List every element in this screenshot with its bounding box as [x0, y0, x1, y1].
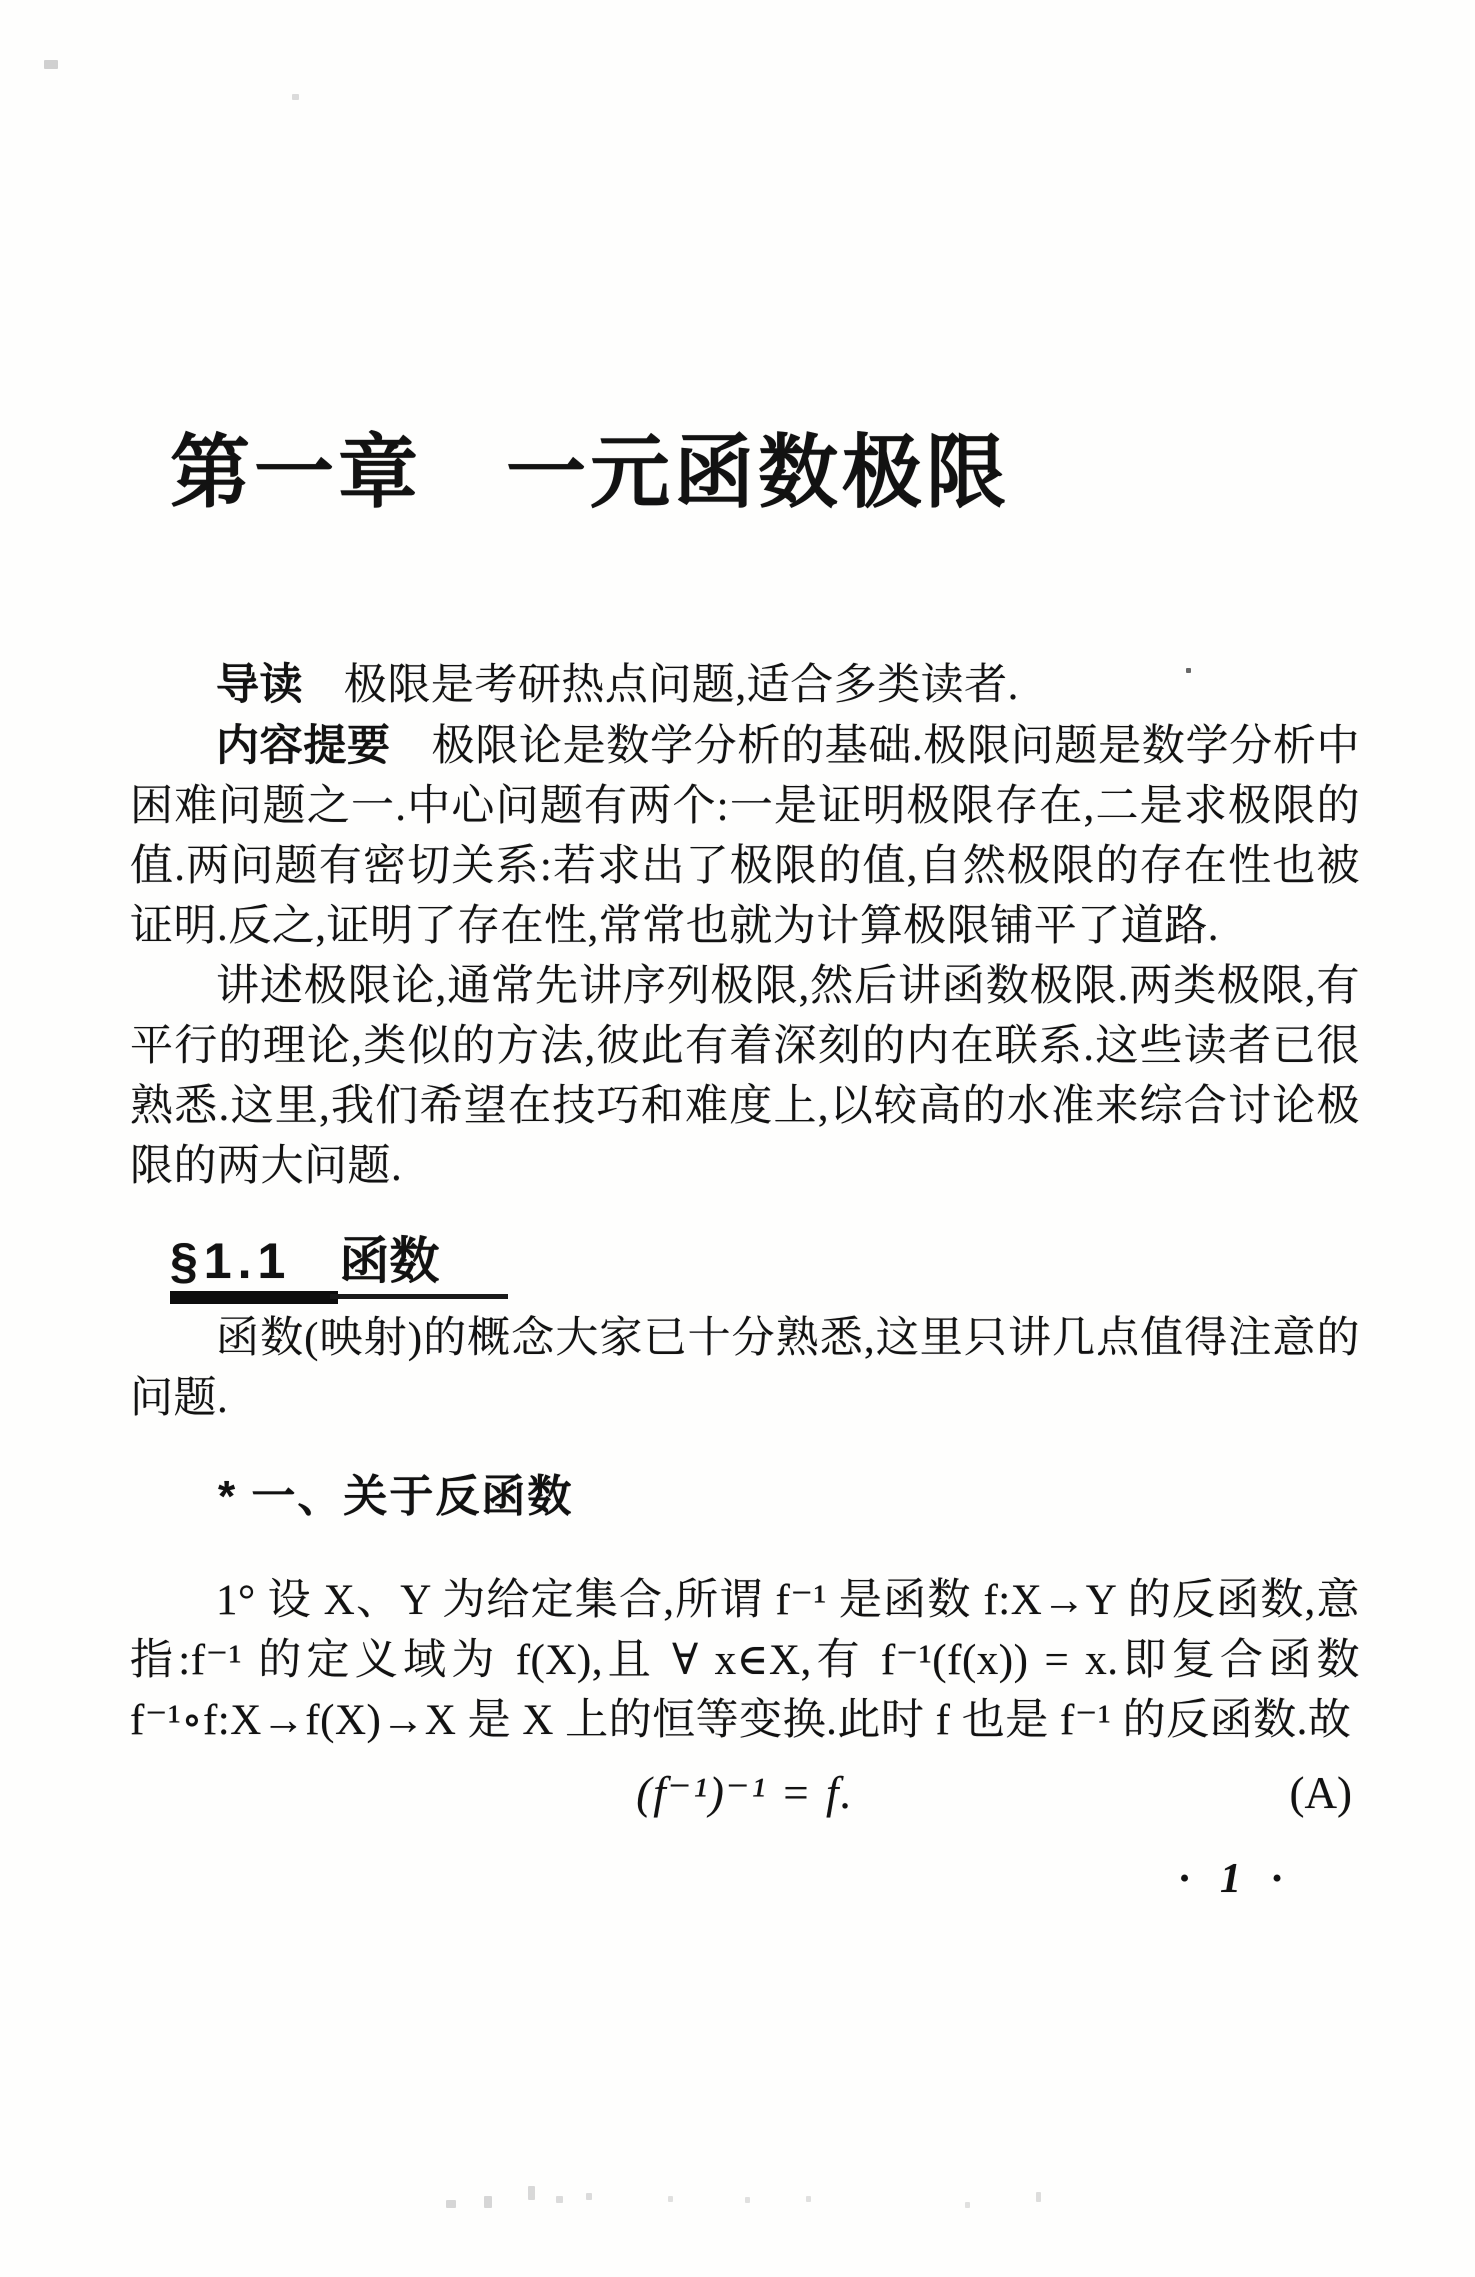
scan-artifact [745, 2197, 750, 2203]
section-heading: §1.1函数 [170, 1231, 1360, 1291]
scan-artifact [292, 94, 299, 100]
intro-section: 导读极限是考研热点问题,适合多类读者. 内容提要极限论是数学分析的基础.极限问题… [130, 655, 1360, 1197]
function-intro-paragraph: 函数(映射)的概念大家已十分熟悉,这里只讲几点值得注意的问题. [130, 1309, 1360, 1429]
summary-label: 内容提要 [216, 722, 391, 770]
underline-thick-bar [170, 1291, 338, 1304]
intro-summary-paragraph: 内容提要极限论是数学分析的基础.极限问题是数学分析中困难问题之一.中心问题有两个… [130, 716, 1360, 957]
scan-artifact [586, 2193, 592, 2200]
scan-artifact [44, 60, 58, 69]
scan-artifact [843, 918, 847, 923]
subsection-heading-inverse-function: * 一、关于反函数 [130, 1467, 1360, 1527]
equation-line: (f⁻¹)⁻¹ = f. (A) [130, 1763, 1360, 1823]
underline-thin-bar [330, 1294, 508, 1299]
scanned-book-page: 第一章 一元函数极限 导读极限是考研热点问题,适合多类读者. 内容提要极限论是数… [0, 0, 1475, 2277]
scan-artifact [484, 2196, 492, 2208]
equation-tag: (A) [1290, 1763, 1352, 1823]
section-body: 函数(映射)的概念大家已十分熟悉,这里只讲几点值得注意的问题. * 一、关于反函… [130, 1309, 1360, 1751]
inverse-function-paragraph: 1° 设 X、Y 为给定集合,所谓 f⁻¹ 是函数 f:X→Y 的反函数,意指:… [130, 1571, 1360, 1751]
section-title: 函数 [339, 1233, 439, 1289]
equation-body: (f⁻¹)⁻¹ = f. [636, 1768, 854, 1818]
overview-paragraph: 讲述极限论,通常先讲序列极限,然后讲函数极限.两类极限,有平行的理论,类似的方法… [130, 957, 1360, 1197]
scan-artifact [806, 2196, 811, 2202]
scan-artifact [668, 2196, 673, 2202]
scan-artifact [556, 2196, 563, 2203]
chapter-title: 第一章 一元函数极限 [170, 425, 1360, 521]
scan-artifact [1036, 2192, 1041, 2202]
scan-artifact [965, 2202, 970, 2208]
daodu-text: 极限是考研热点问题,适合多类读者. [344, 662, 1019, 709]
daodu-label: 导读 [216, 661, 303, 709]
section-underline [170, 1291, 510, 1309]
scan-artifact [528, 2186, 535, 2200]
scan-artifact [446, 2200, 456, 2208]
section-number: §1.1 [170, 1233, 291, 1289]
scan-artifact [1186, 668, 1191, 673]
intro-daodu-paragraph: 导读极限是考研热点问题,适合多类读者. [130, 655, 1360, 716]
page-number: · 1 · [130, 1849, 1360, 1909]
